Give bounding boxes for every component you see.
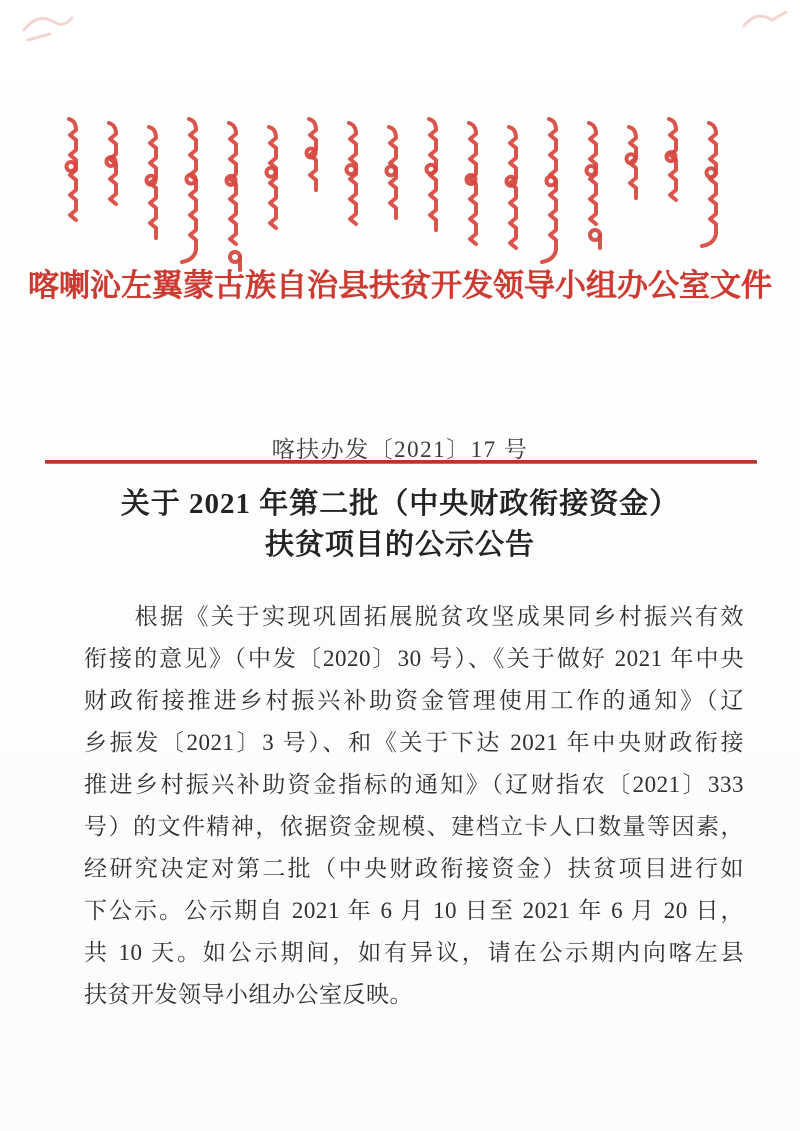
agency-title: 喀喇沁左翼蒙古族自治县扶贫开发领导小组办公室文件: [0, 260, 800, 305]
body-line: 下公示。公示期自 2021 年 6 月 10 日至 2021 年 6 月 20 …: [84, 890, 744, 932]
body-line: 扶贫开发领导小组办公室反映。: [84, 974, 744, 1016]
scan-artifact-top-right: [740, 2, 792, 34]
body-line: 推进乡村振兴补助资金指标的通知》（辽财指农〔2021〕333: [84, 764, 744, 806]
document-body: 根据《关于实现巩固拓展脱贫攻坚成果同乡村振兴有效衔接的意见》（中发〔2020〕3…: [84, 596, 744, 1016]
body-line: 共 10 天。如公示期间，如有异议，请在公示期内向喀左县: [84, 932, 744, 974]
document-title-line1: 关于 2021 年第二批（中央财政衔接资金）: [60, 484, 740, 525]
document-title: 关于 2021 年第二批（中央财政衔接资金） 扶贫项目的公示公告: [60, 484, 740, 566]
scanned-document-page: 喀喇沁左翼蒙古族自治县扶贫开发领导小组办公室文件 喀扶办发〔2021〕17 号 …: [0, 0, 800, 1131]
body-line: 衔接的意见》（中发〔2020〕30 号）、《关于做好 2021 年中央: [84, 638, 744, 680]
red-divider-rule: [45, 460, 757, 464]
document-title-line2: 扶贫项目的公示公告: [60, 525, 740, 566]
body-line: 乡振发〔2021〕3 号）、和《关于下达 2021 年中央财政衔接: [84, 722, 744, 764]
body-line: 经研究决定对第二批（中央财政衔接资金）扶贫项目进行如: [84, 848, 744, 890]
body-line: 财政衔接推进乡村振兴补助资金管理使用工作的通知》（辽: [84, 680, 744, 722]
scan-artifact-top-left: [18, 0, 82, 46]
mongolian-script-banner: [48, 110, 738, 278]
body-line: 根据《关于实现巩固拓展脱贫攻坚成果同乡村振兴有效: [84, 596, 744, 638]
body-line: 号）的文件精神，依据资金规模、建档立卡人口数量等因素，: [84, 806, 744, 848]
